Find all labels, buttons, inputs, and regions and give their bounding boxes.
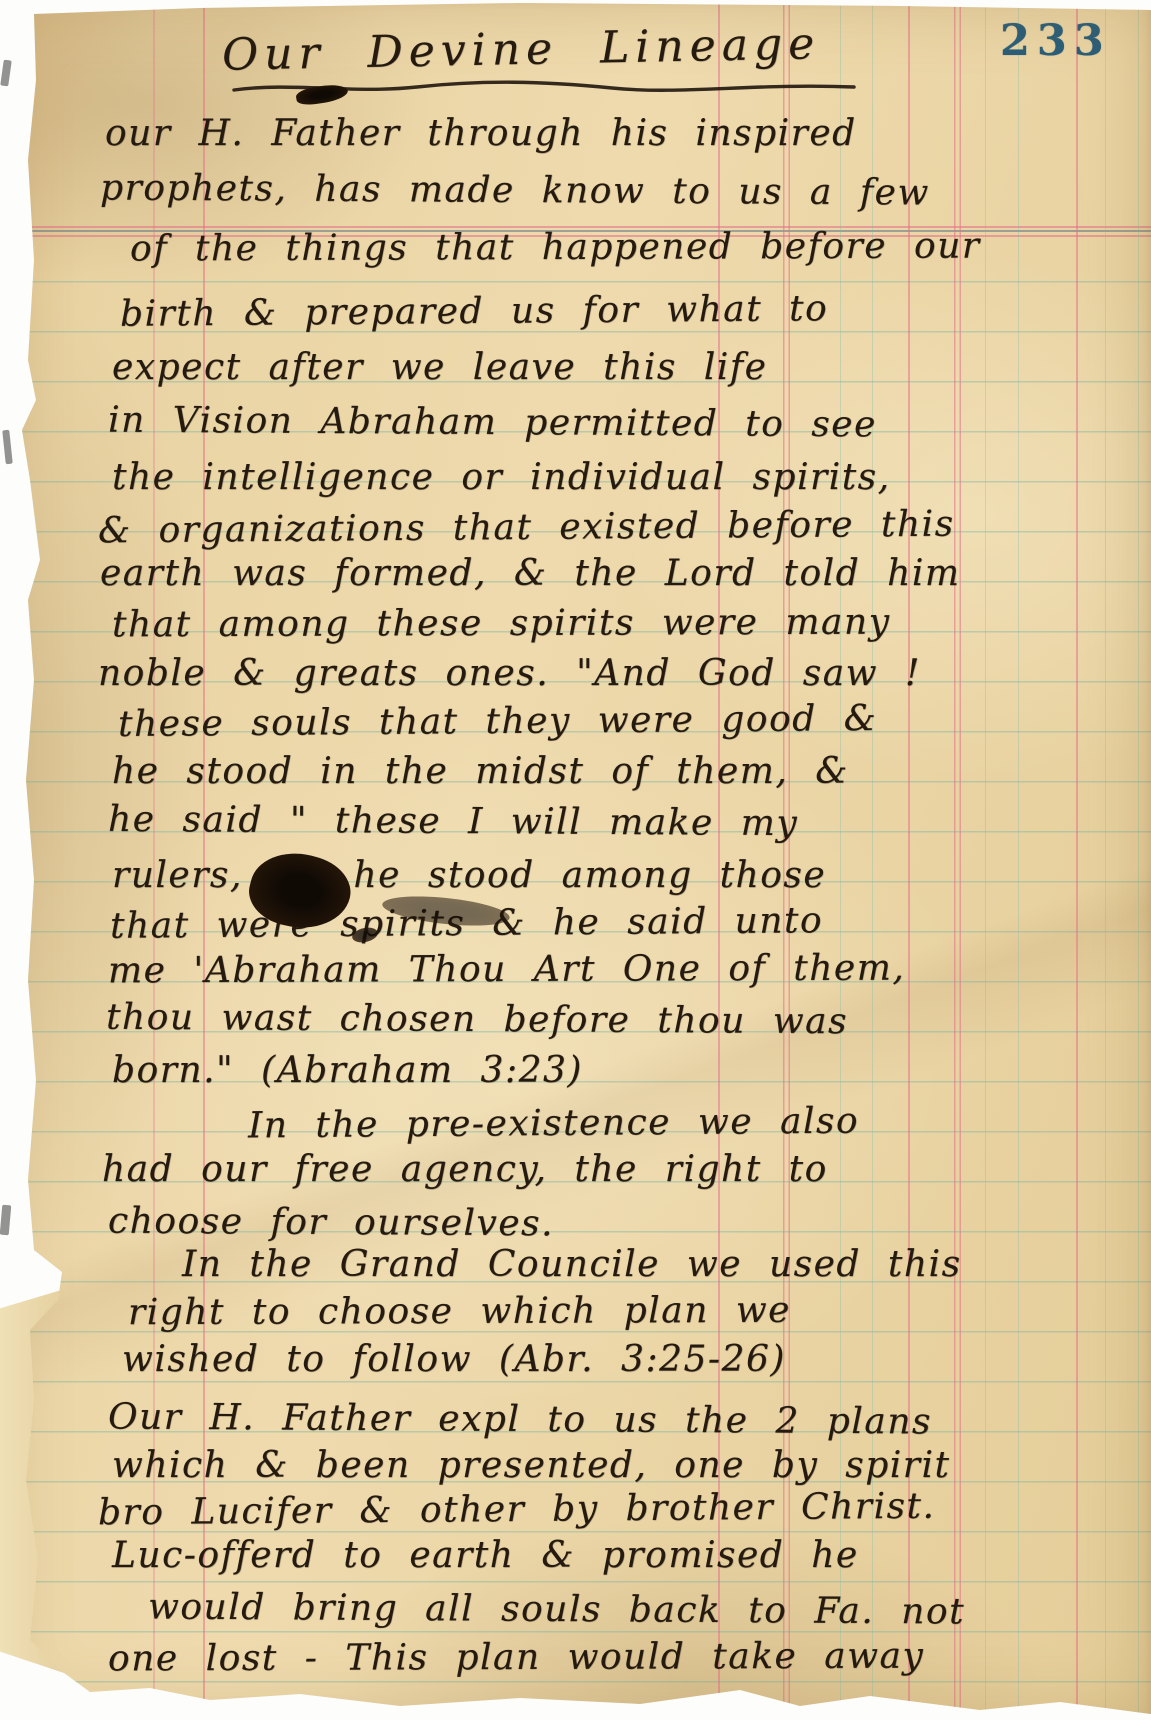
handwritten-line: birth & prepared us for what to [120,289,828,334]
manuscript-body: our H. Father through his inspiredprophe… [0,0,1151,1720]
scanned-document: 233 Our Devine Lineage our H. Father thr… [0,0,1151,1720]
handwritten-line: would bring all souls back to Fa. not [148,1588,965,1633]
handwritten-line: in Vision Abraham permitted to see [108,401,877,445]
handwritten-line: our H. Father through his inspired [105,114,857,154]
handwritten-line: Our H. Father expl to us the 2 plans [108,1397,932,1442]
handwritten-line: & organizations that existed before this [98,505,955,551]
scanner-shadow-mark [0,1205,11,1236]
handwritten-line: expect after we leave this life [112,348,767,388]
handwritten-line: bro Lucifer & other by brother Christ. [98,1487,936,1533]
scanner-shadow-mark [0,60,12,87]
handwritten-line: that among these spirits were many [112,603,891,645]
handwritten-line: In the pre-existence we also [248,1102,859,1146]
handwritten-line: thou wast chosen before thou was [106,998,848,1042]
handwritten-line: choose for ourselves. [108,1202,554,1244]
handwritten-line: of the things that happened before our [130,227,981,270]
handwritten-line: me 'Abraham Thou Art One of them, [108,949,905,991]
handwritten-line: which & been presented, one by spirit [112,1446,950,1486]
handwritten-line: rulers, for he stood among those [112,856,826,896]
handwritten-line: right to choose which plan we [128,1291,791,1333]
handwritten-line: born." (Abraham 3:23) [112,1051,583,1091]
handwritten-line: the intelligence or individual spirits, [112,458,891,498]
handwritten-line: noble & greats ones. "And God saw ! [98,654,921,694]
handwritten-line: he stood in the midst of them, & [112,752,849,792]
handwritten-line: prophets, has made know to us a few [100,168,930,213]
handwritten-line: these souls that they were good & [118,699,878,745]
handwritten-line: earth was formed, & the Lord told him [100,554,961,594]
handwritten-line: In the Grand Councile we used this [182,1245,962,1285]
handwritten-line: Luc-offerd to earth & promised he [112,1536,859,1576]
handwritten-line: one lost - This plan would take away [108,1637,924,1679]
handwritten-line: had our free agency, the right to [102,1150,828,1190]
notebook-page: 233 Our Devine Lineage our H. Father thr… [0,0,1151,1720]
handwritten-line: he said " these I will make my [108,800,798,844]
scanner-shadow-mark [2,430,13,465]
handwritten-line: wished to follow (Abr. 3:25-26) [122,1340,786,1380]
